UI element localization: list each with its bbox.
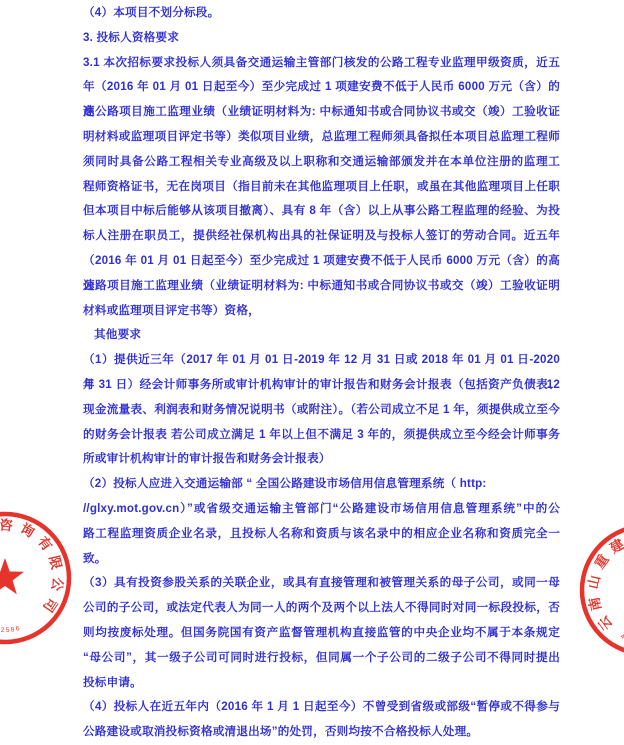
text-line: 月 31 日）经会计师事务所或审计机构审计的审计报告和财务会计报表（包括资产负债…	[83, 373, 560, 398]
star-icon	[0, 558, 24, 594]
text-line: “母公司”，其一级子公司可同时进行投标，但同属一个子公司的二级子公司不得同时提出	[83, 646, 560, 671]
text-line: 其他要求	[83, 323, 560, 348]
text-line: 但本项目中标后能够从该项目撤离）、具有 8 年（含）以上从事公路工程监理的经验、…	[83, 199, 560, 224]
text-line: 投标申请。	[83, 671, 560, 696]
document-text: （4）本项目不划分标段。3. 投标人资格要求3.1 本次招标要求投标人须具备交通…	[83, 1, 560, 745]
seal-serial-number: 1252586	[0, 624, 22, 634]
text-line: 现金流量表、利润表和财务情况说明书（或附注）。（若公司成立不足 1 年，须提供成…	[83, 398, 560, 423]
text-line: 的财务会计报表 若公司成立满足 1 年以上但不满足 3 年的，须提供成立至今经会…	[83, 423, 560, 448]
text-line: 致。	[83, 547, 560, 572]
text-line: （1）提供近三年（2017 年 01 月 01 日-2019 年 12 月 31…	[83, 348, 560, 373]
text-line: 速公路项目施工监理业绩（业绩证明材料为: 中标通知书或合同协议书或交（竣）工验收…	[83, 100, 560, 125]
page-root: （4）本项目不划分标段。3. 投标人资格要求3.1 本次招标要求投标人须具备交通…	[0, 0, 624, 745]
text-line: 公路项目施工监理业绩（业绩证明材料为: 中标通知书或合同协议书或交（竣）工验收证…	[83, 274, 560, 299]
text-line: 3. 投标人资格要求	[83, 26, 560, 51]
text-line: 材料或监理项目评定书等）资格，	[83, 299, 560, 324]
right-seal-stamp: 云南山重建设工程 401	[566, 510, 624, 670]
seal-ring	[0, 514, 69, 642]
text-line: 程师资格证书，无在岗项目（指目前未在其他监理项目上任职，或虽在其他监理项目上任职	[83, 175, 560, 200]
seal-arc-text: 云南山重建设工程	[584, 528, 624, 633]
text-line: （4）本项目不划分标段。	[83, 1, 560, 26]
text-line: 3.1 本次招标要求投标人须具备交通运输主管部门核发的公路工程专业监理甲级资质，…	[83, 51, 560, 76]
text-line: 年（2016 年 01 月 01 日起至今）至少完成过 1 项建安费不低于人民币…	[83, 75, 560, 100]
text-line: （4）投标人在近五年内（2016 年 1 月 1 日起至今）不曾受到省级或部级“…	[83, 695, 560, 720]
text-line: 公司的子公司，或法定代表人为同一人的两个及两个以上法人不得同时对同一标段投标，否	[83, 596, 560, 621]
text-line: 须同时具备公路工程相关专业高级及以上职称和交通运输部颁发并在本单位注册的监理工	[83, 150, 560, 175]
text-line: 则均按废标处理。但国务院国有资产监督管理机构直接监管的中央企业均不属于本条规定	[83, 621, 560, 646]
text-line: 标人注册在职员工，提供经社保机构出具的社保证明及与投标人签订的劳动合同。近五年	[83, 224, 560, 249]
left-seal-stamp: 招标咨询有限公司 1252586	[0, 498, 85, 658]
text-line: 路工程监理资质企业名录，且投标人名称和资质与该名录中的相应企业名称和资质完全一	[83, 522, 560, 547]
text-line: （2）投标人应进入交通运输部 “ 全国公路建设市场信用信息管理系统（ http:	[83, 472, 560, 497]
text-line: 公路建设或取消投标资格或清退出场”的处罚，否则均按不合格投标人处理。	[83, 720, 560, 745]
text-line: （2016 年 01 月 01 日起至今）至少完成过 1 项建安费不低于人民币 …	[83, 249, 560, 274]
text-line: 明材料或监理项目评定书等）类似项目业绩，总监理工程师须具备拟任本项目总监理工程师	[83, 125, 560, 150]
seal-ring	[582, 526, 624, 654]
text-line: //glxy.mot.gov.cn）”或省级交通运输主管部门“公路建设市场信用信…	[83, 497, 560, 522]
seal-serial-number: 401	[619, 633, 624, 645]
text-line: 所或审计机构审计的审计报告和财务会计报表）	[83, 447, 560, 472]
text-line: （3）具有投资参股关系的关联企业，或具有直接管理和被管理关系的母子公司，或同一母	[83, 571, 560, 596]
seal-arc-text: 招标咨询有限公司	[0, 516, 66, 620]
